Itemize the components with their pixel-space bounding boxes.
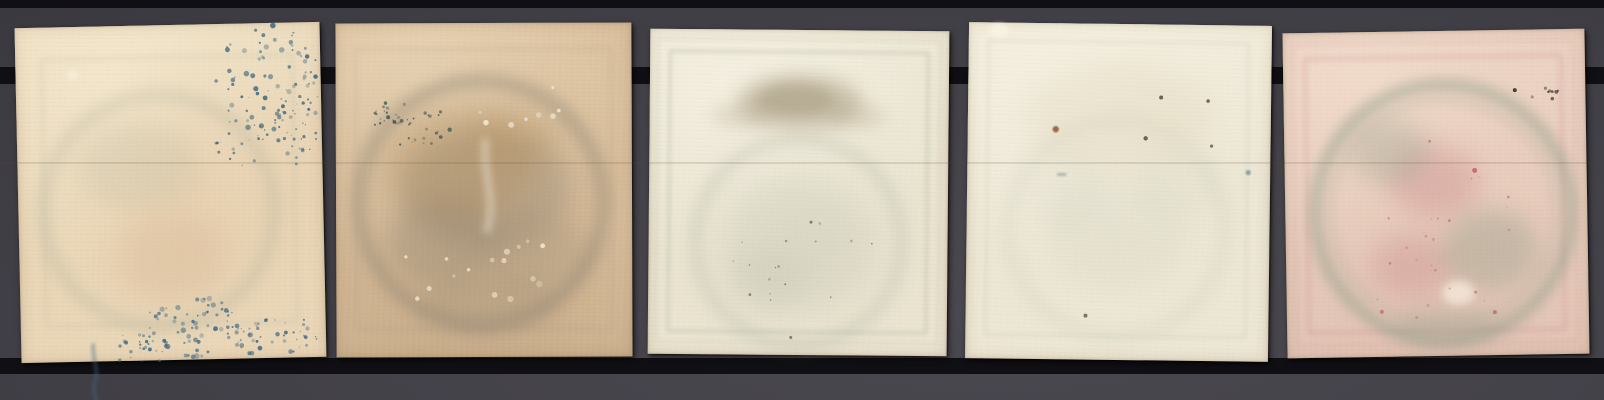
stamp-3-showthrough-art [648,29,950,357]
stamp-5-showthrough-art [1282,29,1589,359]
showthrough-design [1293,41,1578,346]
stockbook-strip-bottom [0,358,1604,374]
stamp-5-back [1282,29,1589,359]
teal-dash [1057,173,1066,176]
stamp-4-back [965,22,1272,362]
showthrough-design [656,39,941,346]
stamp-3-back [648,29,950,357]
stamp-1-showthrough-art [15,22,327,363]
showthrough-design [356,49,613,334]
stamp-1-back [15,22,327,363]
stockbook-page-photo [0,0,1604,400]
ink-smudge-top-right-2 [273,84,319,166]
stockbook-strip-top [0,0,1604,8]
ink-smudge-bottom-3 [117,331,167,363]
black-speck-cluster-top-right [1513,86,1559,101]
white-fleck [989,23,1009,37]
showthrough-design [40,55,297,329]
stamp-2-showthrough-art [335,22,632,357]
showthrough-design [985,23,1249,338]
stamp-4-showthrough-art [965,22,1272,362]
scan-artifact-line [0,162,1604,164]
stamp-2-back [335,22,632,357]
